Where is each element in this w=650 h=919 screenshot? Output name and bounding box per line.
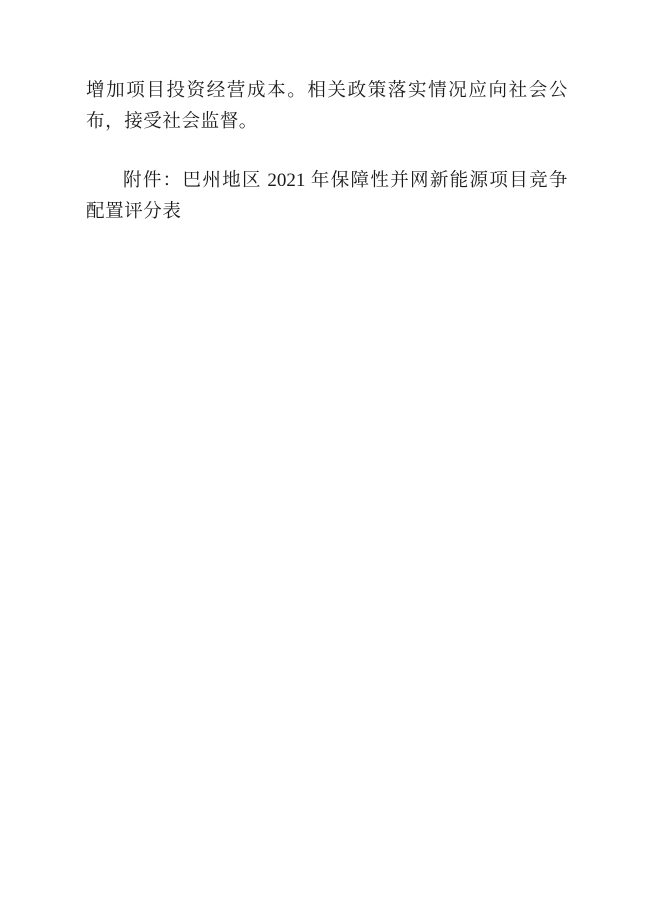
document-page: 增加项目投资经营成本。相关政策落实情况应向社会公布，接受社会监督。 附件：巴州地… (0, 0, 650, 919)
paragraph-spacer (86, 137, 568, 166)
document-body: 增加项目投资经营成本。相关政策落实情况应向社会公布，接受社会监督。 附件：巴州地… (86, 76, 568, 227)
attachment-line: 附件：巴州地区 2021 年保障性并网新能源项目竞争配置评分表 (86, 166, 568, 227)
attachment-prefix: 附件：巴州地区 (123, 170, 262, 191)
attachment-year: 2021 (262, 170, 311, 191)
body-paragraph: 增加项目投资经营成本。相关政策落实情况应向社会公布，接受社会监督。 (86, 76, 568, 137)
